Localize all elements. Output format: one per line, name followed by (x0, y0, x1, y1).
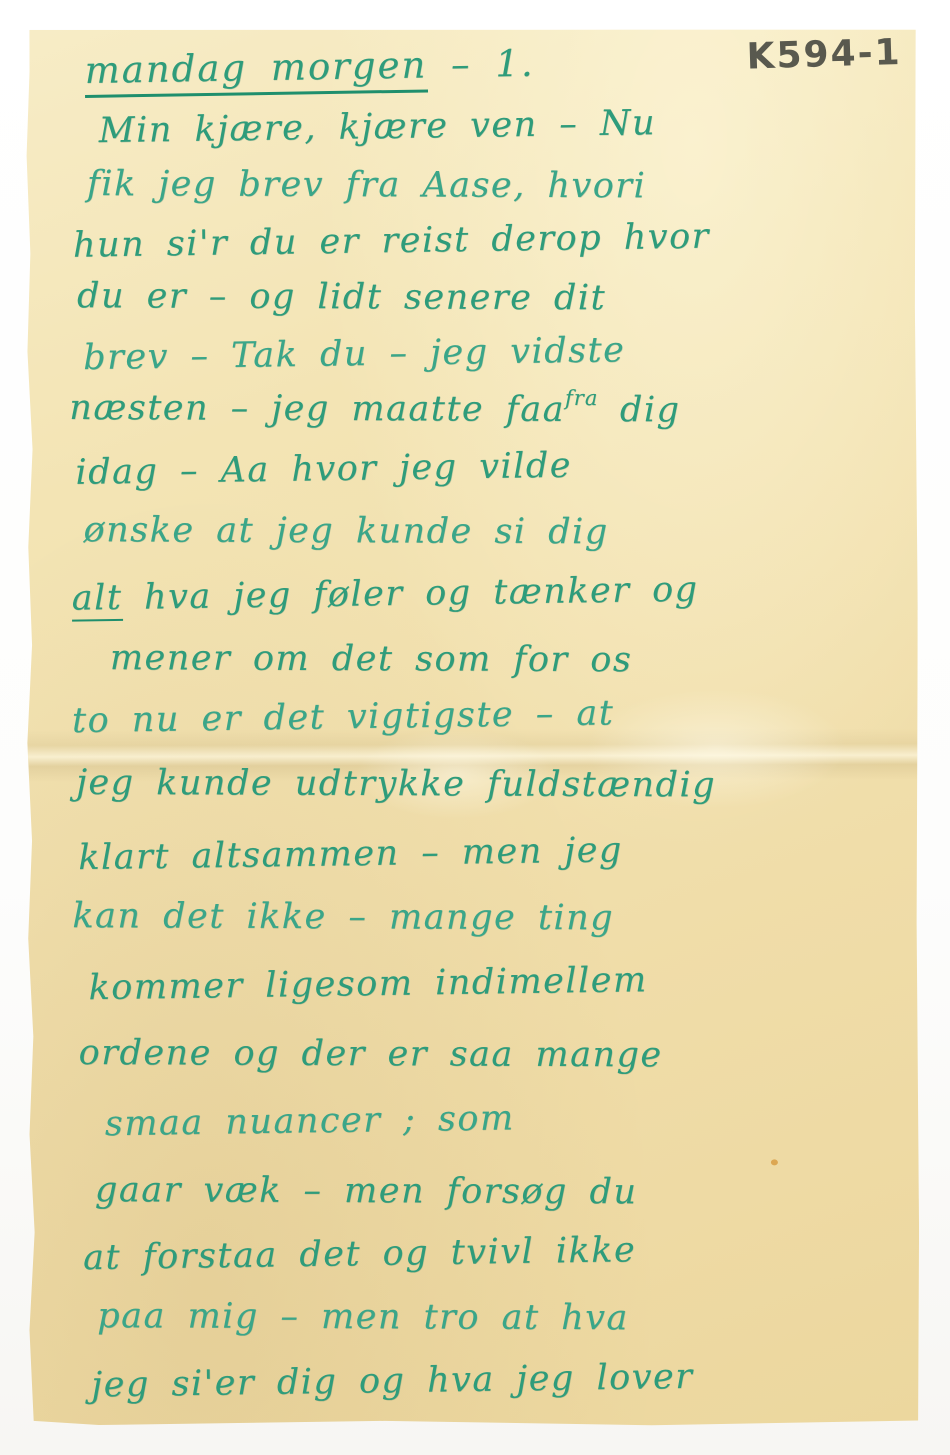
manuscript-line: brev – Tak du – jeg vidste (83, 330, 626, 378)
heading-underlined-text: mandag morgen (84, 43, 427, 97)
manuscript-line: jeg si'er dig og hva jeg lover (91, 1357, 694, 1406)
inserted-word: fra (565, 386, 598, 410)
manuscript-line: gaar væk – men forsøg du (95, 1170, 638, 1212)
manuscript-line: paa mig – men tro at hva (97, 1296, 629, 1338)
manuscript-line: smaa nuancer ; som (105, 1098, 515, 1144)
manuscript-line: jeg kunde udtrykke fuldstændig (76, 763, 716, 806)
paper-speck (771, 1159, 778, 1165)
manuscript-line: klart altsammen – men jeg (78, 830, 623, 878)
manuscript-line: fik jeg brev fra Aase, hvori (87, 164, 647, 206)
manuscript-line: mener om det som for os (110, 638, 633, 680)
manuscript-line: hun si'r du er reist derop hvor (73, 217, 710, 266)
archive-stamp: K594-1 (746, 32, 902, 78)
letter-heading: mandag morgen – 1. (84, 42, 535, 92)
manuscript-line: kan det ikke – mange ting (72, 896, 614, 938)
underlined-word: alt (71, 578, 122, 622)
manuscript-line: kommer ligesom indimellem (88, 960, 648, 1008)
manuscript-line: idag – Aa hvor jeg vilde (75, 446, 572, 493)
manuscript-line: ordene og der er saa mange (79, 1033, 663, 1075)
manuscript-body: Min kjære, kjære ven – Nufik jeg brev fr… (25, 28, 917, 30)
manuscript-line: to nu er det vigtigste – at (72, 693, 615, 741)
manuscript-line: Min kjære, kjære ven – Nu (98, 103, 656, 151)
heading-suffix: – 1. (427, 42, 535, 87)
manuscript-line: du er – og lidt senere dit (77, 276, 606, 318)
manuscript-line: ønske at jeg kunde si dig (84, 510, 609, 552)
manuscript-line: alt hva jeg føler og tænker og (71, 570, 698, 619)
manuscript-line: at forstaa det og tvivl ikke (83, 1230, 637, 1278)
letter-paper: K594-1 mandag morgen – 1. Min kjære, kjæ… (25, 28, 920, 1428)
scan-background: K594-1 mandag morgen – 1. Min kjære, kjæ… (0, 0, 950, 1455)
manuscript-line: næsten – jeg maatte faafra dig (69, 388, 680, 430)
